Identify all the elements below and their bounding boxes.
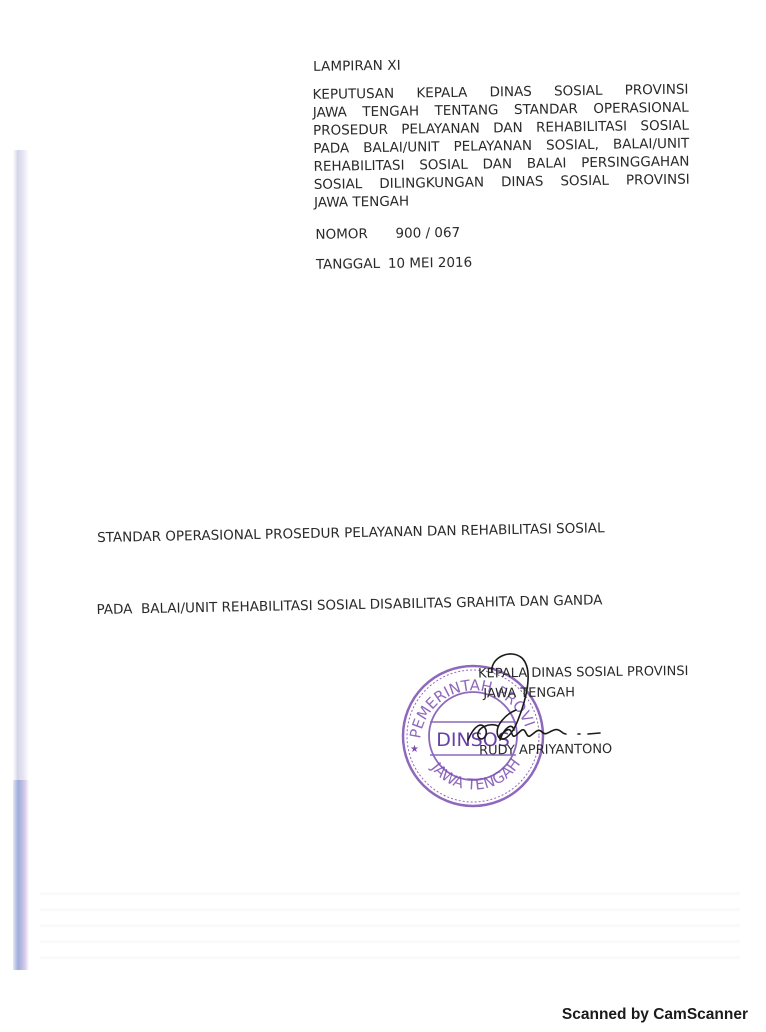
handwritten-signature-icon bbox=[460, 640, 640, 760]
document-title-line: STANDAR OPERASIONAL PROSEDUR PELAYANAN D… bbox=[97, 516, 605, 550]
attachment-label: LAMPIRAN XI bbox=[313, 52, 703, 75]
decree-description: KEPUTUSAN KEPALA DINAS SOSIAL PROVINSI J… bbox=[312, 81, 690, 212]
decree-number-value: 900 / 067 bbox=[395, 224, 460, 243]
scan-edge-shadow-lower bbox=[13, 780, 29, 970]
camscanner-watermark: Scanned by CamScanner bbox=[562, 1006, 748, 1024]
page-bleed-through bbox=[40, 880, 740, 970]
svg-text:★: ★ bbox=[410, 744, 419, 755]
scanned-document-page: LAMPIRAN XI KEPUTUSAN KEPALA DINAS SOSIA… bbox=[0, 0, 766, 1032]
decree-date-label: TANGGAL bbox=[316, 255, 388, 274]
attachment-header: LAMPIRAN XI KEPUTUSAN KEPALA DINAS SOSIA… bbox=[303, 52, 706, 274]
decree-number-row: NOMOR 900 / 067 bbox=[315, 220, 705, 243]
decree-date-row: TANGGAL 10 MEI 2016 bbox=[316, 250, 706, 273]
decree-date-value: 10 MEI 2016 bbox=[388, 254, 473, 273]
decree-line: JAWA TENGAH bbox=[314, 189, 690, 212]
decree-number-label: NOMOR bbox=[315, 225, 395, 244]
document-title-line: PADA BALAI/UNIT REHABILITASI SOSIAL DISA… bbox=[96, 588, 606, 622]
